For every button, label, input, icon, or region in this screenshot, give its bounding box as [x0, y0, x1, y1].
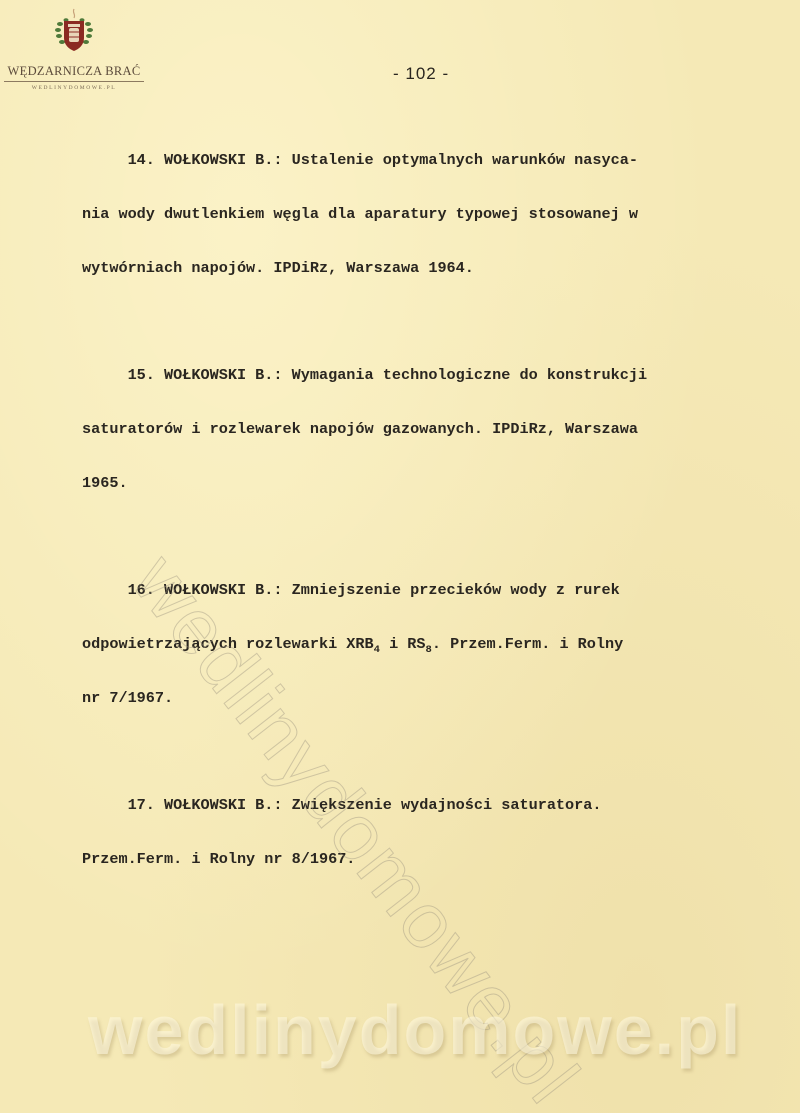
- entry-line: nia wody dwutlenkiem węgla dla aparatury…: [82, 205, 782, 223]
- entry-line: 17. WOŁKOWSKI B.: Zwiększenie wydajności…: [82, 796, 782, 814]
- entry-line: nr 7/1967.: [82, 689, 782, 707]
- bottom-watermark: wedlinydomowe.pl: [88, 990, 742, 1070]
- entry-line: 14. WOŁKOWSKI B.: Ustalenie optymalnych …: [82, 151, 782, 169]
- smokehouse-crest-icon: [52, 8, 96, 54]
- entry-text: i RS: [380, 635, 426, 653]
- logo-title: WĘDZARNICZA BRAĆ: [0, 64, 148, 79]
- entry-line: saturatorów i rozlewarek napojów gazowan…: [82, 420, 782, 438]
- bibliography-list: 14. WOŁKOWSKI B.: Ustalenie optymalnych …: [82, 115, 782, 921]
- logo-divider: [4, 81, 144, 82]
- bibliography-entry-14: 14. WOŁKOWSKI B.: Ustalenie optymalnych …: [82, 115, 782, 313]
- entry-text: . Przem.Ferm. i Rolny: [432, 635, 623, 653]
- entry-line: wytwórniach napojów. IPDiRz, Warszawa 19…: [82, 259, 782, 277]
- site-logo[interactable]: WĘDZARNICZA BRAĆ WEDLINYDOMOWE.PL: [0, 8, 148, 91]
- bibliography-entry-15: 15. WOŁKOWSKI B.: Wymagania technologicz…: [82, 330, 782, 528]
- entry-line: 15. WOŁKOWSKI B.: Wymagania technologicz…: [82, 366, 782, 384]
- entry-line: 1965.: [82, 474, 782, 492]
- logo-subtitle: WEDLINYDOMOWE.PL: [0, 85, 148, 91]
- page-number: - 102 -: [393, 64, 449, 84]
